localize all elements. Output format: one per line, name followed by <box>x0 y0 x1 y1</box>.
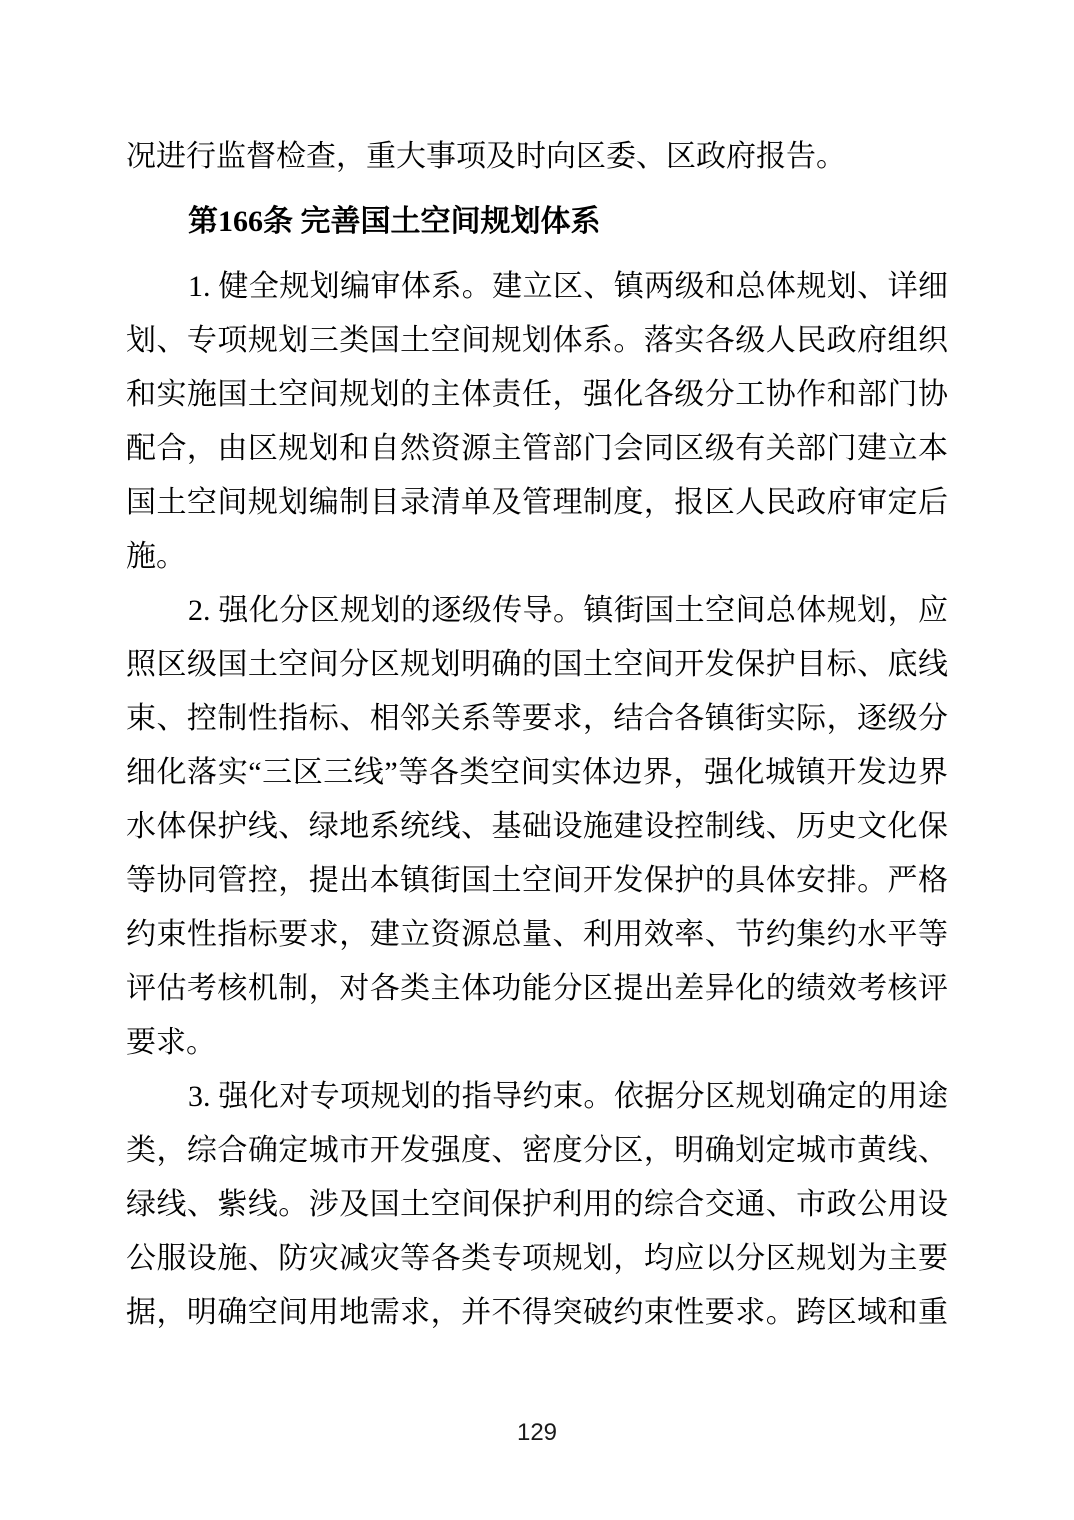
text-line: 要求。 <box>126 1016 948 1070</box>
text-line: 绿线、紫线。涉及国土空间保护利用的综合交通、市政公用设施、 <box>126 1178 948 1232</box>
text-line: 细化落实“三区三线”等各类空间实体边界，强化城镇开发边界与 <box>126 746 948 800</box>
text-line: 评估考核机制，对各类主体功能分区提出差异化的绩效考核评价 <box>126 962 948 1016</box>
document-body: 况进行监督检查，重大事项及时向区委、区政府报告。 第166条 完善国土空间规划体… <box>126 130 948 1340</box>
text-line: 等协同管控，提出本镇街国土空间开发保护的具体安排。严格落实 <box>126 854 948 908</box>
text-line: 国土空间规划编制目录清单及管理制度，报区人民政府审定后实 <box>126 476 948 530</box>
text-line: 束、控制性指标、相邻关系等要求，结合各镇街实际，逐级分解和 <box>126 692 948 746</box>
document-page: 况进行监督检查，重大事项及时向区委、区政府报告。 第166条 完善国土空间规划体… <box>0 0 1074 1520</box>
text-line: 3. 强化对专项规划的指导约束。依据分区规划确定的用途分 <box>126 1070 948 1124</box>
page-number: 129 <box>0 1418 1074 1448</box>
text-line: 划、专项规划三类国土空间规划体系。落实各级人民政府组织编制 <box>126 314 948 368</box>
text-line: 类，综合确定城市开发强度、密度分区，明确划定城市黄线、蓝线、 <box>126 1124 948 1178</box>
text-line: 1. 健全规划编审体系。建立区、镇两级和总体规划、详细规 <box>126 260 948 314</box>
text-line: 2. 强化分区规划的逐级传导。镇街国土空间总体规划，应按 <box>126 584 948 638</box>
article-166-heading: 第166条 完善国土空间规划体系 <box>126 195 948 249</box>
text-line: 照区级国土空间分区规划明确的国土空间开发保护目标、底线约 <box>126 638 948 692</box>
text-line: 施。 <box>126 530 948 584</box>
text-line: 据，明确空间用地需求，并不得突破约束性要求。跨区域和重大领 <box>126 1286 948 1340</box>
text-line-continuation: 况进行监督检查，重大事项及时向区委、区政府报告。 <box>126 130 948 184</box>
text-line: 水体保护线、绿地系统线、基础设施建设控制线、历史文化保护线 <box>126 800 948 854</box>
text-line: 配合，由区规划和自然资源主管部门会同区级有关部门建立本级 <box>126 422 948 476</box>
text-line: 和实施国土空间规划的主体责任，强化各级分工协作和部门协调 <box>126 368 948 422</box>
text-line: 公服设施、防灾减灾等各类专项规划，均应以分区规划为主要依 <box>126 1232 948 1286</box>
text-line: 约束性指标要求，建立资源总量、利用效率、节约集约水平等指标 <box>126 908 948 962</box>
